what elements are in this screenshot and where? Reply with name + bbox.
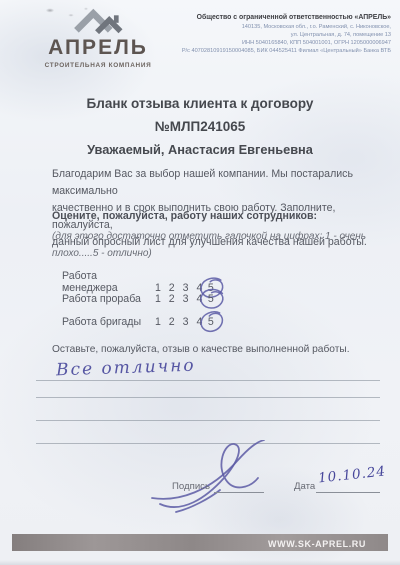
company-info-line: Общество с ограниченной ответственностью… — [151, 14, 391, 21]
website-url: WWW.SK-APREL.RU — [268, 539, 366, 549]
rating-circled-value: 5 — [207, 293, 214, 305]
rating-label: Работа менеджера — [62, 270, 152, 294]
salutation: Уважаемый, Анастасия Евгеньевна — [0, 142, 400, 157]
ruled-line — [36, 397, 380, 398]
page-bottom-shadow — [0, 560, 400, 565]
signature-line — [214, 492, 264, 493]
date-line — [316, 492, 380, 493]
company-info-line: ул. Центральная, д. 74, помещение 13 — [151, 31, 391, 39]
contract-number: №МЛП241065 — [0, 119, 400, 134]
rating-circled-value: 5 — [207, 316, 214, 328]
roof-icon — [72, 5, 124, 35]
rate-hint-line: (для этого достаточно отметить галочкой … — [52, 228, 366, 245]
rating-scale: 1 2 3 4 — [155, 293, 202, 305]
form-title: Бланк отзыва клиента к договору — [0, 96, 400, 111]
company-info-line: Р/с 40702810919150004085, БИК 044525411 … — [151, 47, 391, 55]
rating-row: Работа менеджера 1 2 3 45 — [62, 270, 214, 293]
handwritten-review: Все отлично — [56, 356, 196, 381]
signature-label: Подпись — [172, 481, 210, 492]
ruled-line — [36, 380, 380, 381]
handwritten-date: 10.10.24 — [317, 463, 386, 486]
circle-mark-icon — [196, 307, 227, 336]
scanned-form-page: АПРЕЛЬ СТРОИТЕЛЬНАЯ КОМПАНИЯ Общество с … — [0, 0, 400, 565]
company-info-line: 140135, Московская обл., г.о. Раменский,… — [151, 23, 391, 31]
rating-label: Работа прораба — [62, 293, 152, 305]
intro-line: Благодарим Вас за выбор нашей компании. … — [52, 166, 388, 200]
ratings-section: Работа менеджера 1 2 3 45 Работа прораба… — [62, 270, 214, 339]
ruled-line — [36, 420, 380, 421]
company-logo: АПРЕЛЬ СТРОИТЕЛЬНАЯ КОМПАНИЯ — [38, 5, 158, 69]
rate-hint: (для этого достаточно отметить галочкой … — [52, 228, 366, 262]
company-info: Общество с ограниченной ответственностью… — [151, 14, 391, 55]
rate-prompt: Оцените, пожалуйста, работу наших сотруд… — [52, 210, 317, 222]
logo-tagline: СТРОИТЕЛЬНАЯ КОМПАНИЯ — [38, 62, 158, 69]
signature-mark — [146, 440, 272, 516]
logo-name: АПРЕЛЬ — [38, 36, 158, 60]
feedback-prompt: Оставьте, пожалуйста, отзыв о качестве в… — [52, 344, 350, 355]
rate-hint-line: плохо.....5 - отлично) — [52, 245, 366, 262]
rating-label: Работа бригады — [62, 316, 152, 328]
date-label: Дата — [294, 481, 315, 492]
company-info-line: ИНН 5040165840, КПП 504001001, ОГРН 1205… — [151, 39, 391, 47]
rating-row: Работа прораба 1 2 3 45 — [62, 293, 214, 316]
footer-bar: WWW.SK-APREL.RU — [12, 534, 388, 551]
rating-row: Работа бригады 1 2 3 45 — [62, 316, 214, 339]
rating-scale: 1 2 3 4 — [155, 316, 202, 328]
